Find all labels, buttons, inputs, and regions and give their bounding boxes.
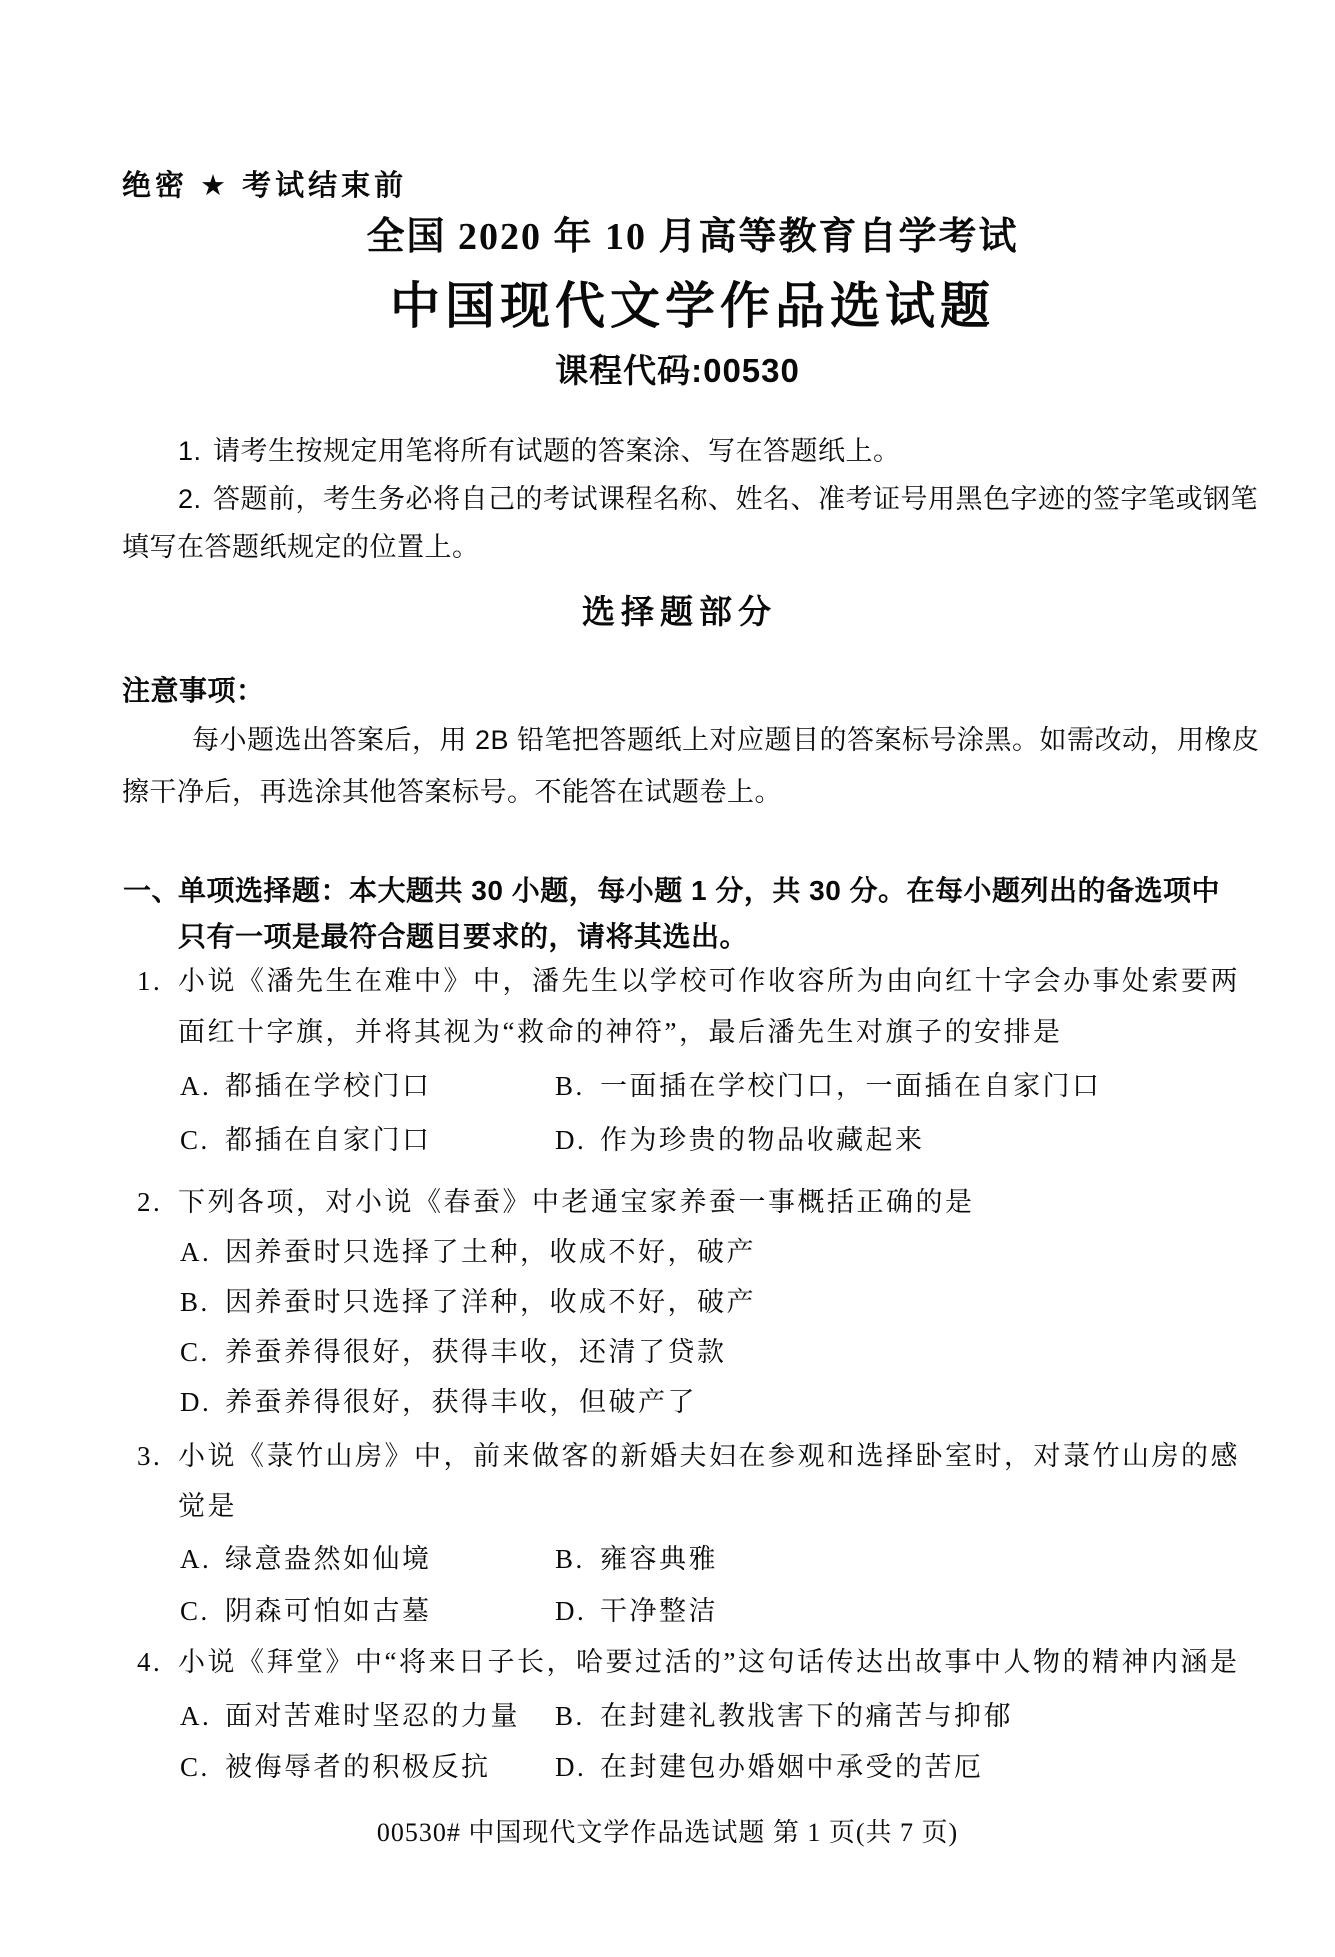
question-4-options-row1: A.面对苦难时坚忍的力量B.在封建礼教戕害下的痛苦与抑郁	[180, 1701, 1013, 1732]
question-2-option-d-label: D.	[180, 1387, 225, 1418]
part1-heading-line2: 只有一项是最符合题目要求的，请将其选出。	[178, 921, 748, 953]
exam-session-title: 全国 2020 年 10 月高等教育自学考试	[0, 216, 1335, 260]
question-4-option-d-label: D.	[555, 1752, 600, 1783]
page-footer: 00530# 中国现代文学作品选试题 第 1 页(共 7 页)	[0, 1818, 1335, 1848]
question-1-option-b-text: 一面插在学校门口，一面插在自家门口	[600, 1071, 1102, 1101]
question-1-option-c-label: C.	[180, 1125, 225, 1156]
question-1-option-c: C.都插在自家门口	[180, 1125, 555, 1156]
question-4-option-a-text: 面对苦难时坚忍的力量	[225, 1701, 520, 1731]
question-2-stem: 2.下列各项，对小说《春蚕》中老通宝家养蚕一事概括正确的是	[137, 1187, 975, 1218]
question-3-options-row1: A.绿意盎然如仙境B.雍容典雅	[180, 1544, 718, 1575]
question-2-option-c-label: C.	[180, 1337, 225, 1368]
notes-label: 注意事项：	[122, 675, 265, 707]
course-code-text: 课程代码:00530	[555, 352, 800, 390]
question-3-stem-text-line1: 小说《菉竹山房》中，前来做客的新婚夫妇在参观和选择卧室时，对菉竹山房的感	[178, 1441, 1240, 1471]
question-3-option-d-label: D.	[555, 1596, 600, 1627]
course-code: 课程代码:00530	[0, 352, 1335, 390]
question-2-option-c-text: 养蚕养得很好，获得丰收，还清了贷款	[225, 1337, 727, 1367]
question-1-stem-line2: 面红十字旗，并将其视为“救命的神符”，最后潘先生对旗子的安排是	[178, 1017, 1062, 1048]
question-3-option-c-text: 阴森可怕如古墓	[225, 1596, 432, 1626]
instruction-item-1: 1.请考生按规定用笔将所有试题的答案涂、写在答题纸上。	[178, 436, 901, 467]
question-3-option-d-text: 干净整洁	[600, 1596, 718, 1626]
question-1-option-b-label: B.	[555, 1071, 600, 1102]
part1-heading-line1: 一、单项选择题：本大题共 30 小题，每小题 1 分，共 30 分。在每小题列出…	[123, 875, 1220, 907]
question-1-option-d-label: D.	[555, 1125, 600, 1156]
part1-heading-text-line1: 单项选择题：本大题共 30 小题，每小题 1 分，共 30 分。在每小题列出的备…	[178, 875, 1220, 906]
question-3-option-a-text: 绿意盎然如仙境	[225, 1544, 432, 1574]
question-4-option-b-label: B.	[555, 1701, 600, 1732]
question-3-option-b: B.雍容典雅	[555, 1544, 718, 1574]
question-3-option-b-label: B.	[555, 1544, 600, 1575]
question-4-options-row2: C.被侮辱者的积极反抗D.在封建包办婚姻中承受的苦厄	[180, 1752, 984, 1783]
question-4-option-c: C.被侮辱者的积极反抗	[180, 1752, 555, 1783]
question-3-option-d: D.干净整洁	[555, 1596, 718, 1626]
question-2-option-b-label: B.	[180, 1287, 225, 1318]
question-1-option-c-text: 都插在自家门口	[225, 1125, 432, 1155]
instruction-2-number: 2.	[178, 484, 213, 515]
question-4-stem: 4.小说《拜堂》中“将来日子长，哈要过活的”这句话传达出故事中人物的精神内涵是	[137, 1647, 1239, 1678]
question-3-option-c: C.阴森可怕如古墓	[180, 1596, 555, 1627]
question-1-option-b: B.一面插在学校门口，一面插在自家门口	[555, 1071, 1102, 1101]
question-4-option-a-label: A.	[180, 1701, 225, 1732]
question-1-stem-line1: 1.小说《潘先生在难中》中，潘先生以学校可作收容所为由向红十字会办事处索要两	[137, 966, 1240, 997]
question-1-option-a-text: 都插在学校门口	[225, 1071, 432, 1101]
question-1-option-a: A.都插在学校门口	[180, 1071, 555, 1102]
choice-section-title: 选择题部分	[0, 593, 1335, 631]
exam-paper-title-text: 中国现代文学作品选试题	[390, 278, 995, 336]
question-2-option-b: B.因养蚕时只选择了洋种，收成不好，破产	[180, 1287, 756, 1318]
question-3-number: 3.	[137, 1441, 178, 1472]
part1-marker: 一、	[123, 875, 178, 907]
question-3-option-c-label: C.	[180, 1596, 225, 1627]
question-2-option-a: A.因养蚕时只选择了土种，收成不好，破产	[180, 1237, 756, 1268]
question-4-option-c-label: C.	[180, 1752, 225, 1783]
question-4-number: 4.	[137, 1647, 178, 1678]
question-3-options-row2: C.阴森可怕如古墓D.干净整洁	[180, 1596, 718, 1627]
question-1-option-d-text: 作为珍贵的物品收藏起来	[600, 1125, 925, 1155]
question-3-stem-line2: 觉是	[178, 1491, 237, 1522]
question-4-option-b: B.在封建礼教戕害下的痛苦与抑郁	[555, 1701, 1013, 1731]
question-1-options-row2: C.都插在自家门口D.作为珍贵的物品收藏起来	[180, 1125, 925, 1156]
question-3-option-a: A.绿意盎然如仙境	[180, 1544, 555, 1575]
instruction-item-2-line2: 填写在答题纸规定的位置上。	[122, 532, 480, 563]
question-1-number: 1.	[137, 966, 178, 997]
question-3-option-b-text: 雍容典雅	[600, 1544, 718, 1574]
question-2-option-c: C.养蚕养得很好，获得丰收，还清了贷款	[180, 1337, 727, 1368]
instruction-item-2-line1: 2.答题前，考生务必将自己的考试课程名称、姓名、准考证号用黑色字迹的签字笔或钢笔	[178, 484, 1258, 515]
question-3-stem-line1: 3.小说《菉竹山房》中，前来做客的新婚夫妇在参观和选择卧室时，对菉竹山房的感	[137, 1441, 1240, 1472]
security-banner: 绝密 ★ 考试结束前	[122, 170, 407, 203]
question-2-option-d: D.养蚕养得很好，获得丰收，但破产了	[180, 1387, 697, 1418]
question-2-option-b-text: 因养蚕时只选择了洋种，收成不好，破产	[225, 1287, 756, 1317]
exam-session-title-text: 全国 2020 年 10 月高等教育自学考试	[366, 216, 1018, 260]
question-4-option-b-text: 在封建礼教戕害下的痛苦与抑郁	[600, 1701, 1013, 1731]
question-1-options-row1: A.都插在学校门口B.一面插在学校门口，一面插在自家门口	[180, 1071, 1102, 1102]
question-2-stem-text: 下列各项，对小说《春蚕》中老通宝家养蚕一事概括正确的是	[178, 1187, 975, 1217]
question-4-stem-text: 小说《拜堂》中“将来日子长，哈要过活的”这句话传达出故事中人物的精神内涵是	[178, 1647, 1239, 1677]
question-4-option-d: D.在封建包办婚姻中承受的苦厄	[555, 1752, 984, 1782]
instruction-2-text-line1: 答题前，考生务必将自己的考试课程名称、姓名、准考证号用黑色字迹的签字笔或钢笔	[213, 484, 1258, 514]
question-2-option-a-label: A.	[180, 1237, 225, 1268]
question-4-option-d-text: 在封建包办婚姻中承受的苦厄	[600, 1752, 984, 1782]
choice-section-title-text: 选择题部分	[582, 593, 777, 631]
question-2-option-d-text: 养蚕养得很好，获得丰收，但破产了	[225, 1387, 697, 1417]
question-1-option-a-label: A.	[180, 1071, 225, 1102]
exam-paper-title: 中国现代文学作品选试题	[0, 278, 1335, 336]
instruction-1-number: 1.	[178, 436, 213, 467]
notes-line-2: 擦干净后，再选涂其他答案标号。不能答在试题卷上。	[122, 777, 782, 808]
question-1-option-d: D.作为珍贵的物品收藏起来	[555, 1125, 925, 1155]
question-4-option-c-text: 被侮辱者的积极反抗	[225, 1752, 491, 1782]
question-4-option-a: A.面对苦难时坚忍的力量	[180, 1701, 555, 1732]
question-1-stem-text-line1: 小说《潘先生在难中》中，潘先生以学校可作收容所为由向红十字会办事处索要两	[178, 966, 1240, 996]
question-2-option-a-text: 因养蚕时只选择了土种，收成不好，破产	[225, 1237, 756, 1267]
question-2-number: 2.	[137, 1187, 178, 1218]
notes-line-1: 每小题选出答案后，用 2B 铅笔把答题纸上对应题目的答案标号涂黑。如需改动，用橡…	[192, 725, 1260, 756]
instruction-1-text: 请考生按规定用笔将所有试题的答案涂、写在答题纸上。	[213, 436, 901, 466]
question-3-option-a-label: A.	[180, 1544, 225, 1575]
exam-paper-page: 绝密 ★ 考试结束前 全国 2020 年 10 月高等教育自学考试 中国现代文学…	[0, 0, 1335, 1957]
